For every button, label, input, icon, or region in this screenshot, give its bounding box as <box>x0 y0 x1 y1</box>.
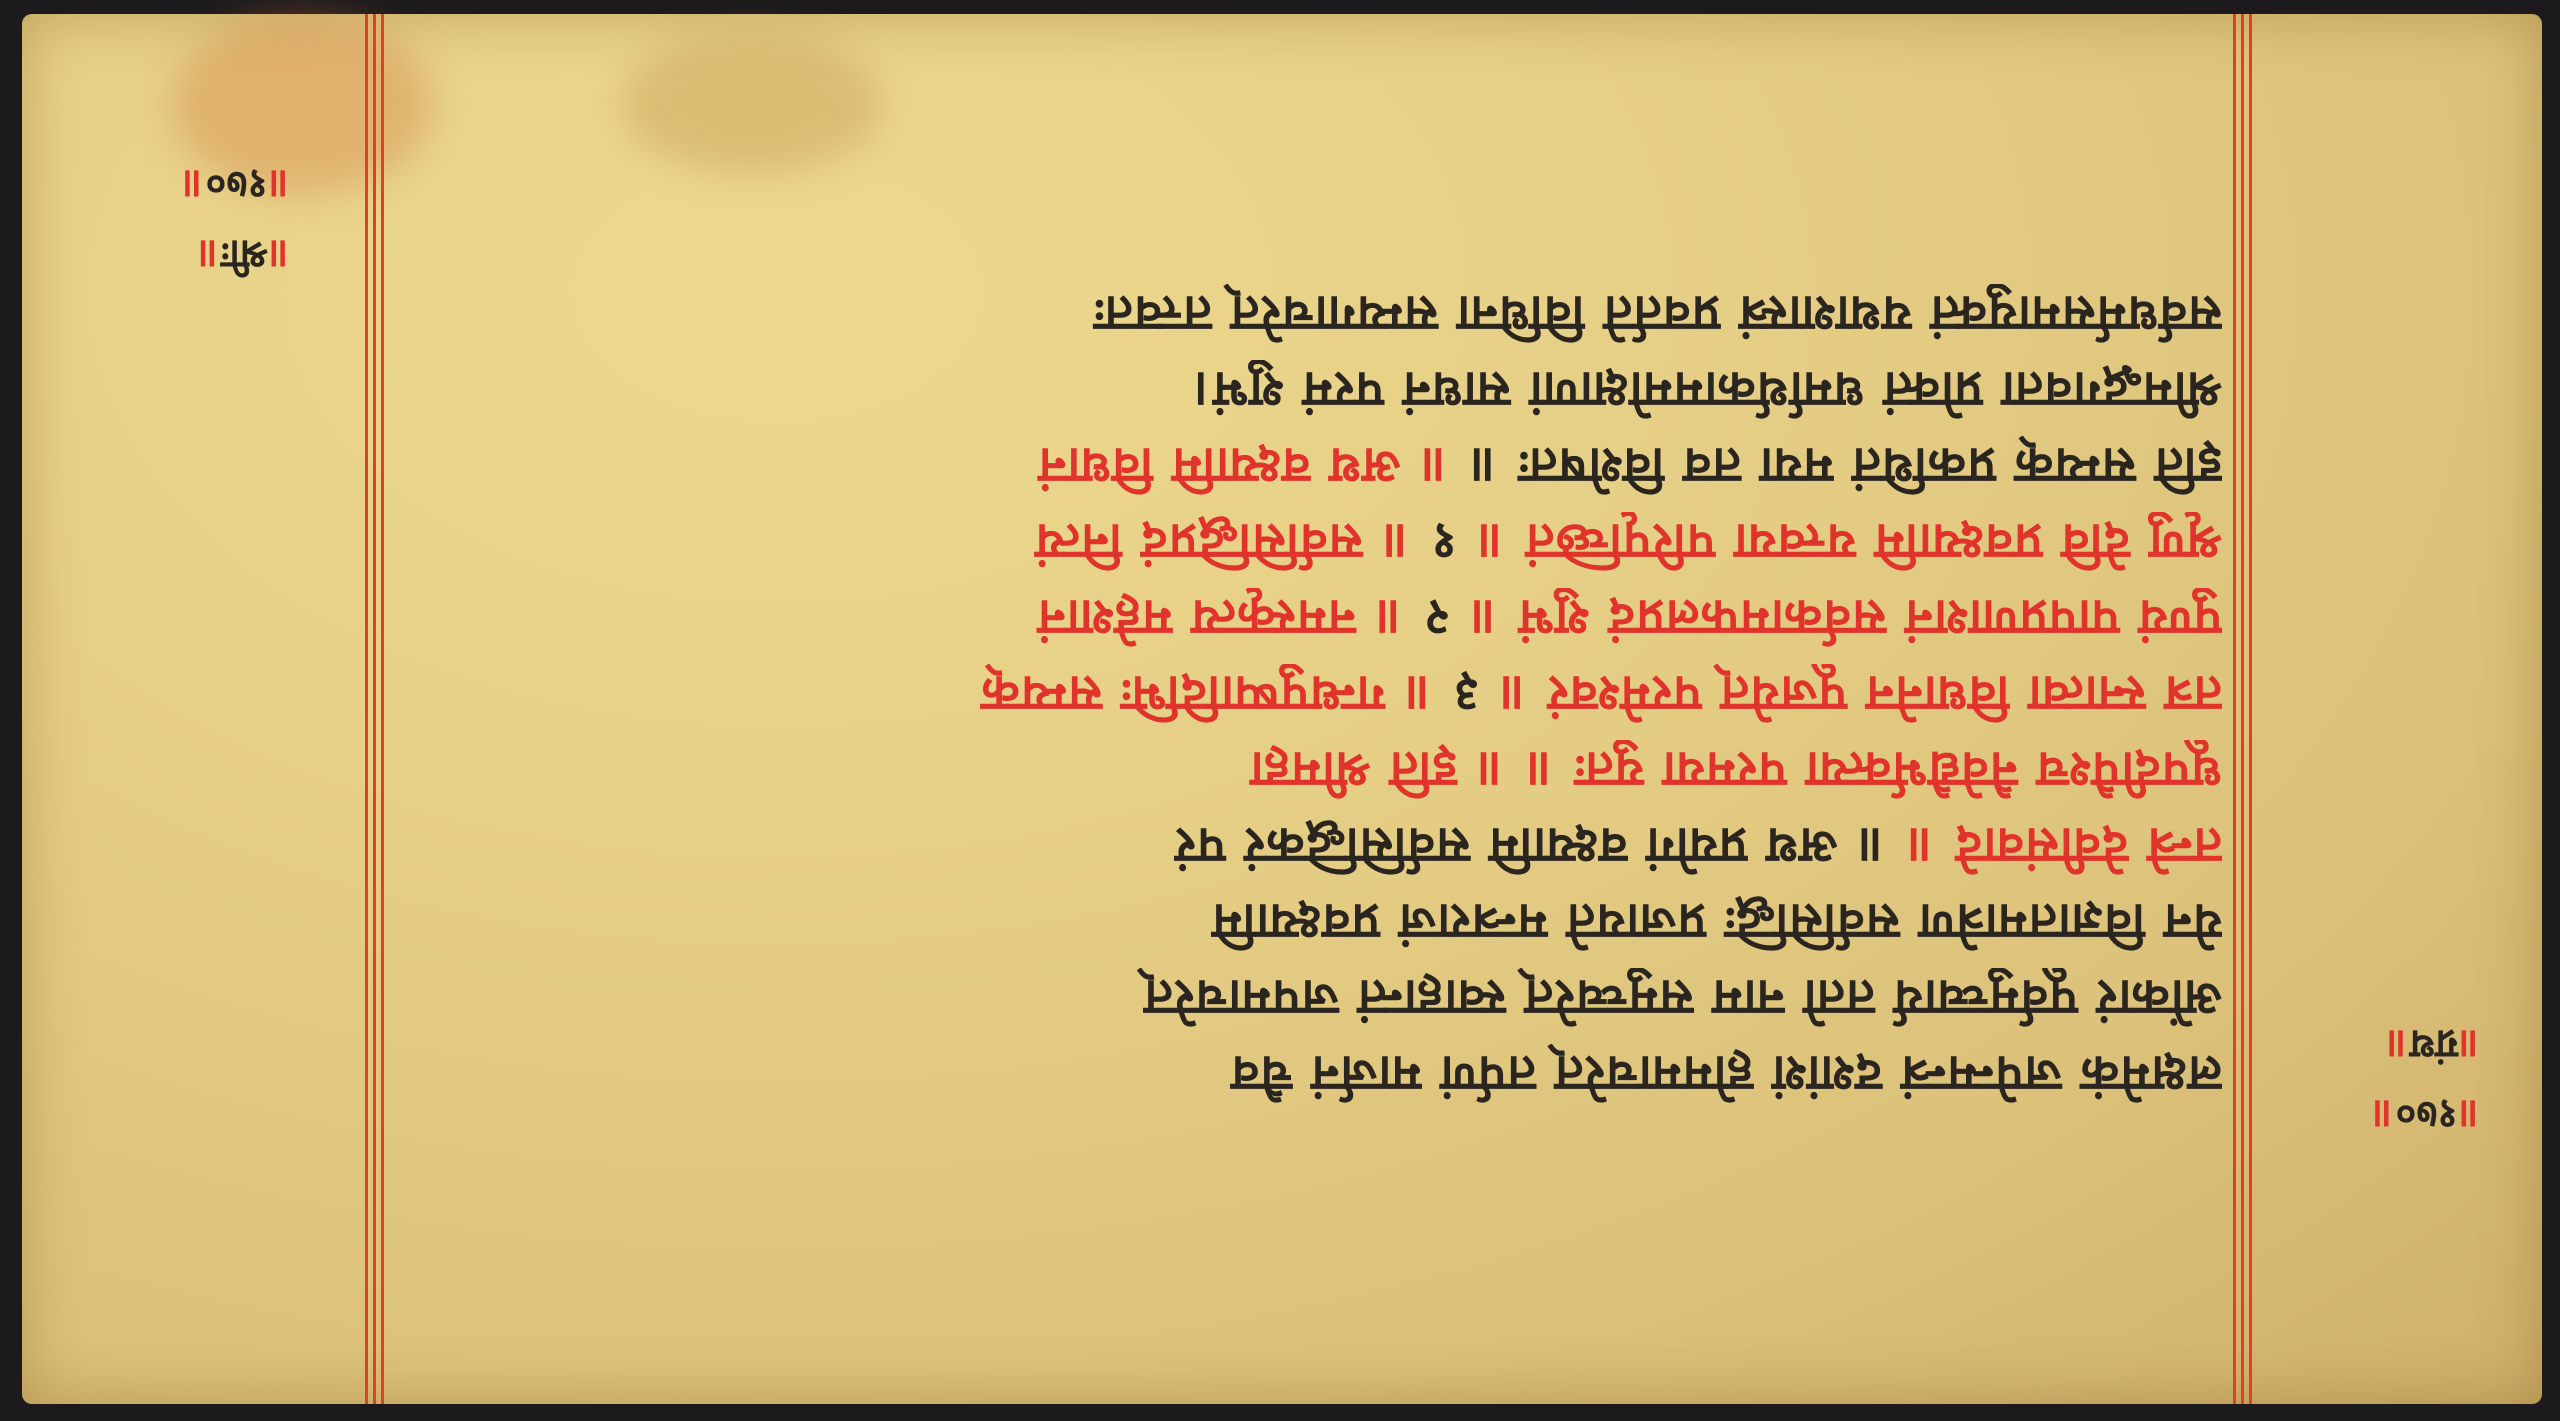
margin-rule <box>381 14 384 1404</box>
line-segment: लक्षमेकं जपेन्मन्त्रं दशांशं होममाचरेत् … <box>1231 1045 2222 1103</box>
line-segment: ॥ नमस्कृत्य महेशानं <box>1037 589 1405 647</box>
line-segment: इति सम्यक् प्रकथितं मया तव विशेषतः ॥ <box>1469 437 2223 495</box>
text-line: पुण्यं पापप्रणाशनं सर्वकामफलप्रदं शुभं ॥… <box>392 588 2222 648</box>
margin-rule <box>365 14 368 1404</box>
text-line: सर्वधर्मसमायुक्तं यथाशास्त्रं प्रवर्तते … <box>392 284 2222 344</box>
text-line: धूपदीपैश्च नैवेद्यैर्भक्त्या परमया युतः … <box>392 740 2222 800</box>
margin-rule <box>2233 14 2236 1404</box>
line-segment: ॥ इति श्रीमहा <box>1250 741 1525 799</box>
line-segment: ओंकारं पूर्वमुच्चार्य ततो नाम समुच्चरेत्… <box>1144 969 2222 1027</box>
line-segment: पुण्यं पापप्रणाशनं सर्वकामफलप्रदं शुभं ॥ <box>1469 589 2222 647</box>
line-segment: येन विज्ञातमात्रेण सर्वसिद्धिः प्रजायते … <box>1211 893 2222 951</box>
rotated-page: ॥१७०॥ ॥ग्रंथ॥ ॥१७०॥ ॥श्रीः॥ लक्षमेकं जपे… <box>22 14 2542 1404</box>
line-segment: ॥ गन्धपुष्पादिभिः सम्यक् <box>981 665 1435 723</box>
line-segment: ॥ अथ प्रयोगं वक्ष्यामि सर्वसिद्धिकरं परं <box>1175 817 1906 875</box>
text-line: तन्त्रे देवीसंवादे ॥ ॥ अथ प्रयोगं वक्ष्य… <box>392 816 2222 876</box>
line-segment: ॥ सर्वसिद्धिप्रदं नित्यं <box>1035 513 1412 571</box>
line-segment: तत्र स्नात्वा विधानेन पूजयेत् परमेश्वरं … <box>1498 665 2222 723</box>
margin-rule <box>2241 14 2244 1404</box>
line-segment: सर्वधर्मसमायुक्तं यथाशास्त्रं प्रवर्तते … <box>1093 285 2222 343</box>
text-line: लक्षमेकं जपेन्मन्त्रं दशांशं होममाचरेत् … <box>392 1044 2222 1104</box>
text-line: तत्र स्नात्वा विधानेन पूजयेत् परमेश्वरं … <box>392 664 2222 724</box>
line-segment: श्रीमद्भगवता प्रोक्तं धर्मार्थकाममोक्षाण… <box>1193 361 2223 419</box>
line-segment: १ <box>1412 513 1476 571</box>
line-segment: तन्त्रे देवीसंवादे ॥ <box>1905 817 2222 875</box>
folio-label: ॥श्रीः॥ <box>197 229 292 284</box>
margin-rule <box>373 14 376 1404</box>
manuscript-leaf: ॥१७०॥ ॥ग्रंथ॥ ॥१७०॥ ॥श्रीः॥ लक्षमेकं जपे… <box>22 14 2542 1404</box>
line-segment: श्रृणु देवि प्रवक्ष्यामि यत्त्वया परिपृच… <box>1476 513 2222 571</box>
text-line: ओंकारं पूर्वमुच्चार्य ततो नाम समुच्चरेत्… <box>392 968 2222 1028</box>
text-line: श्रीमद्भगवता प्रोक्तं धर्मार्थकाममोक्षाण… <box>392 360 2222 420</box>
margin-rule <box>2249 14 2252 1404</box>
folio-number: ॥१७०॥ <box>2372 1089 2482 1144</box>
folio-label: ॥ग्रंथ॥ <box>2386 1019 2482 1074</box>
line-segment: ३ <box>1434 665 1498 723</box>
text-line: इति सम्यक् प्रकथितं मया तव विशेषतः ॥ ॥ अ… <box>392 436 2222 496</box>
line-segment: धूपदीपैश्च नैवेद्यैर्भक्त्या परमया युतः … <box>1525 741 2222 799</box>
text-line: येन विज्ञातमात्रेण सर्वसिद्धिः प्रजायते … <box>392 892 2222 952</box>
line-segment: २ <box>1405 589 1469 647</box>
text-line: श्रृणु देवि प्रवक्ष्यामि यत्त्वया परिपृच… <box>392 512 2222 572</box>
line-segment: ॥ अथ वक्ष्यामि विधानं <box>1038 437 1469 495</box>
folio-number: ॥१७०॥ <box>182 159 292 214</box>
text-block: लक्षमेकं जपेन्मन्त्रं दशांशं होममाचरेत् … <box>392 274 2222 1104</box>
